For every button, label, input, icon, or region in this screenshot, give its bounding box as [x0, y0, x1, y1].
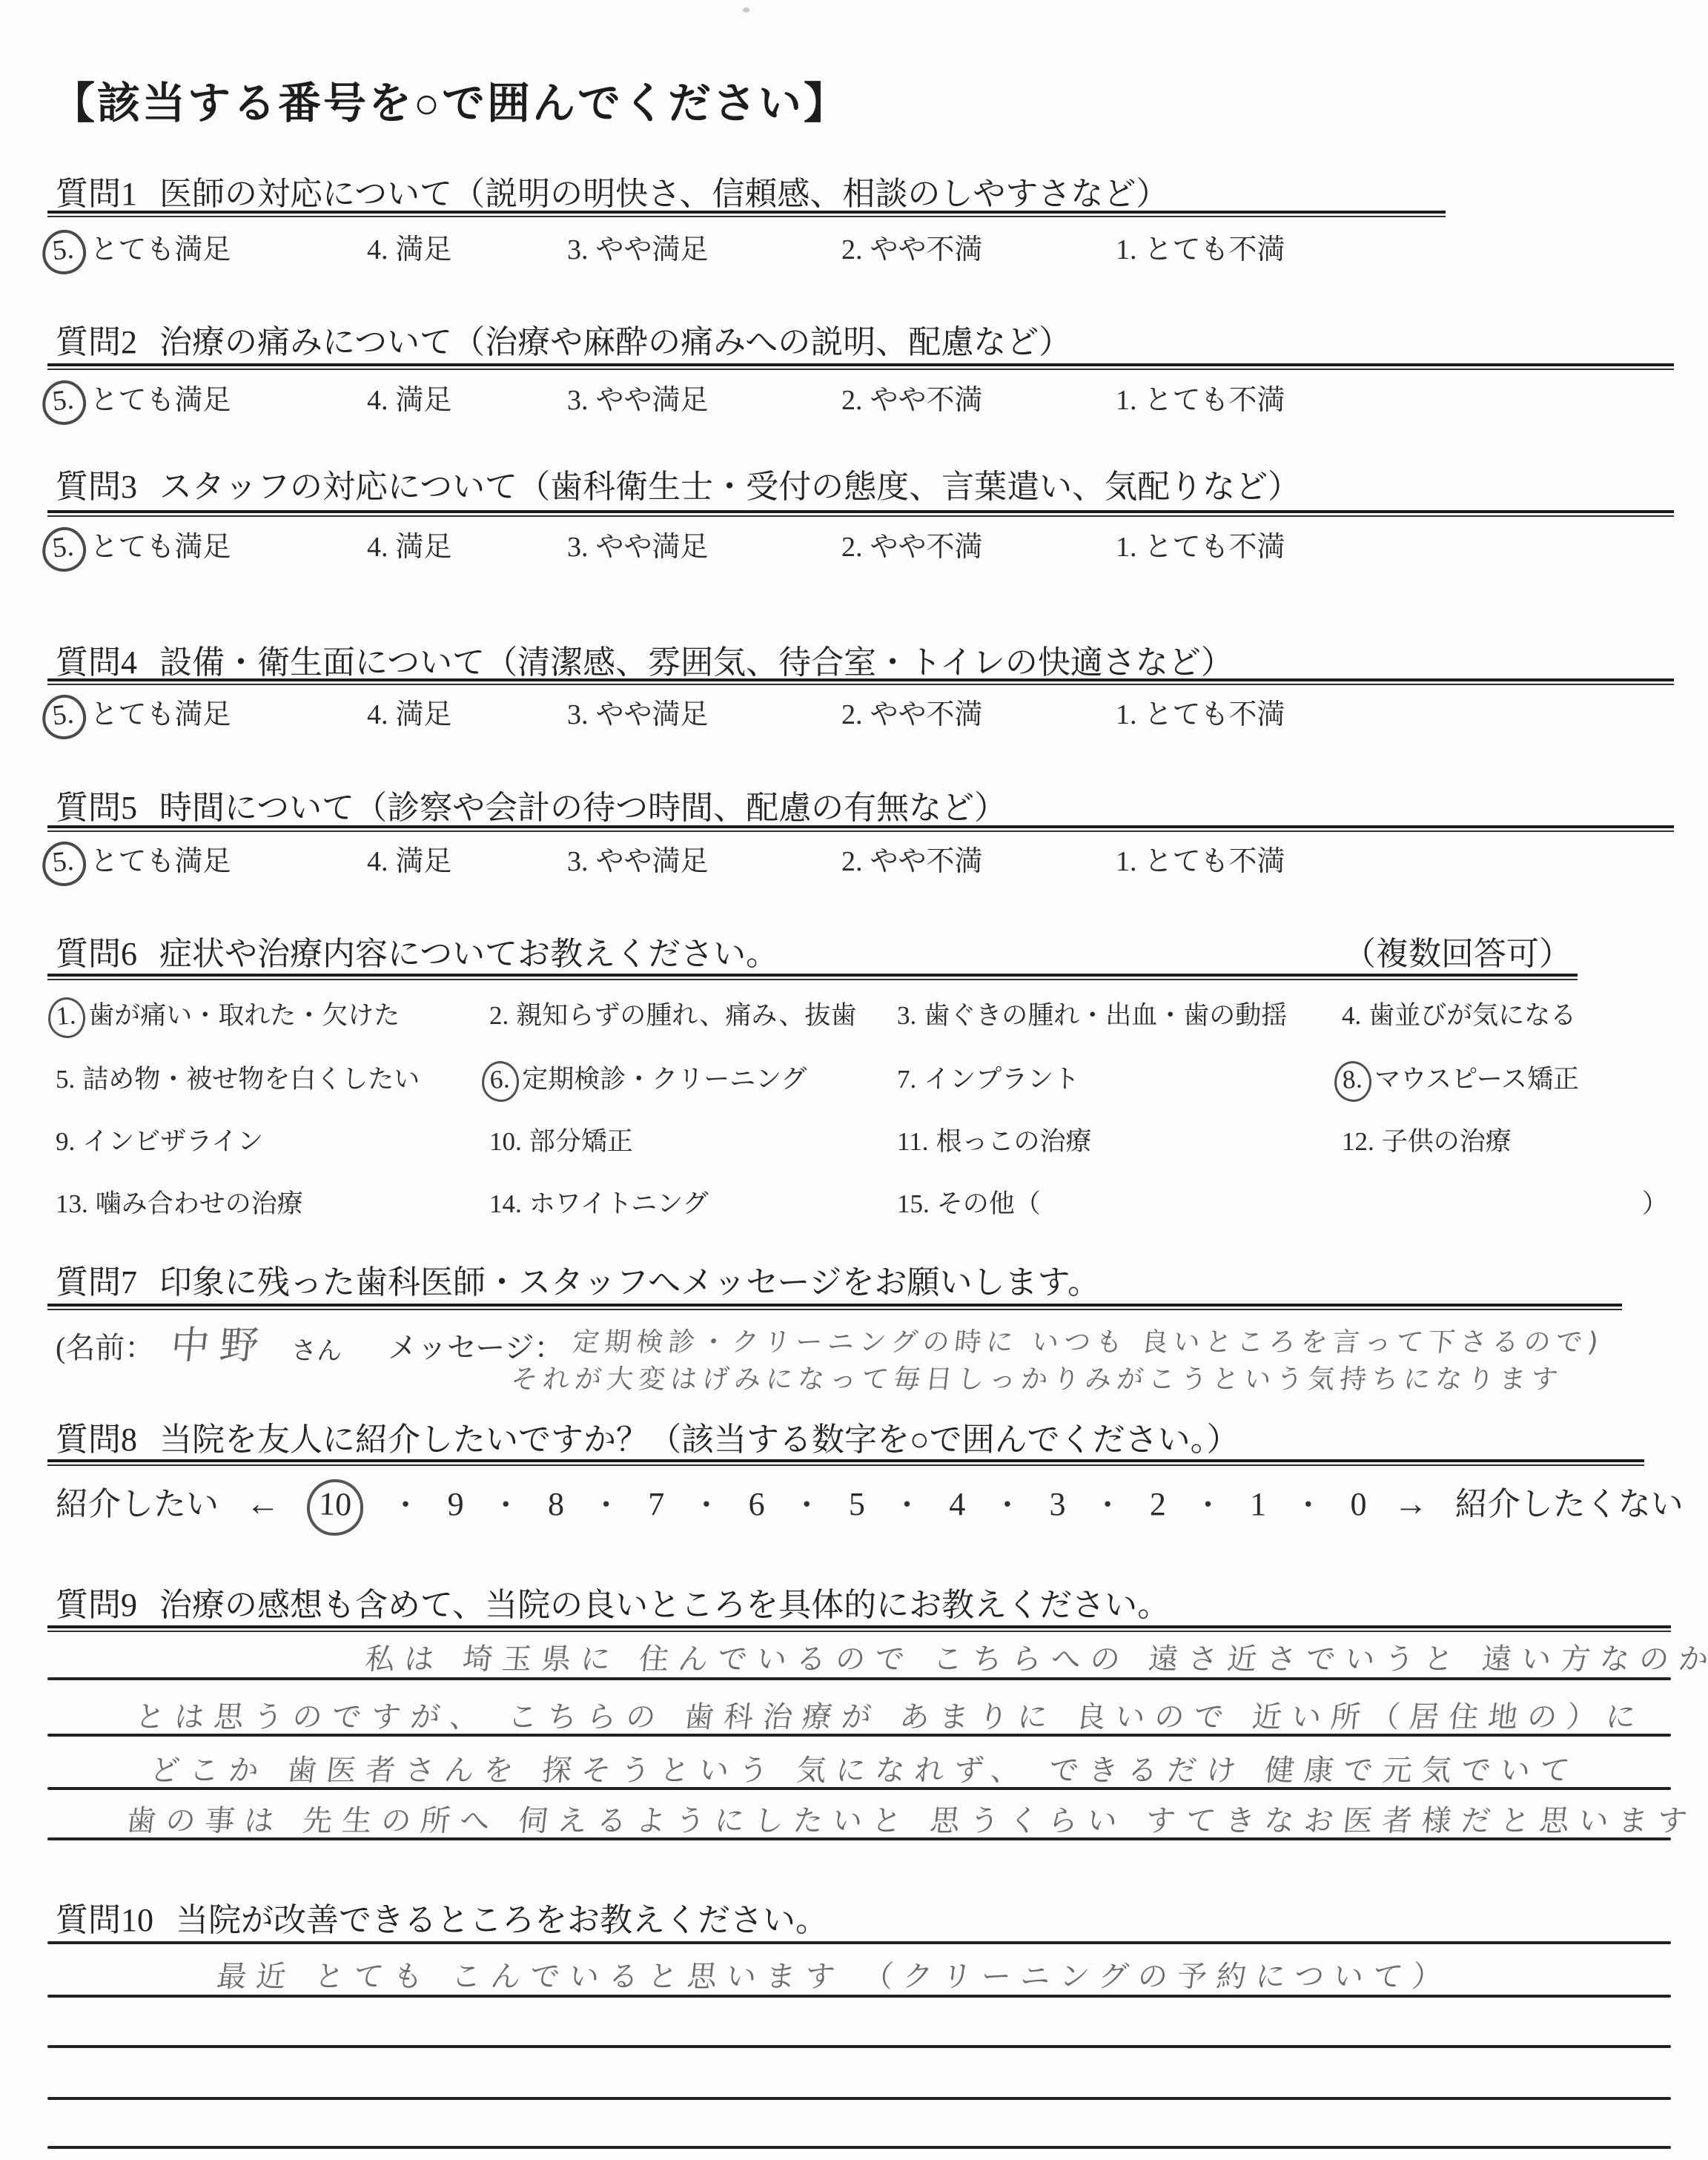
- item-number: 13.: [56, 1189, 88, 1218]
- option-label: とても満足: [90, 532, 231, 563]
- other-close-paren: ）: [1642, 1183, 1668, 1221]
- question-1-number: 質問1: [56, 176, 137, 212]
- rating-option-3: 3.やや満足: [567, 691, 709, 732]
- rating-option-3: 3.やや満足: [567, 226, 709, 267]
- rule-line: [47, 363, 1674, 370]
- item-label: その他（: [937, 1189, 1041, 1218]
- rule-line: [47, 974, 1578, 980]
- option-label: とても不満: [1145, 699, 1285, 730]
- handwritten-answer-line: 歯の事は 先生の所へ 伺えるようにしたいと 思うくらい すてきなお医者様だと思い…: [125, 1797, 1699, 1840]
- option-number: 4.: [367, 846, 388, 877]
- question-2-header: 質問2治療の痛みについて（治療や麻酔の痛みへの説明、配慮など）: [56, 315, 1071, 363]
- honorific-label: さん: [291, 1330, 342, 1367]
- question-3-title: スタッフの対応について（歯科衛生士・受付の態度、言葉遣い、気配りなど）: [159, 469, 1300, 505]
- rating-option-4: 4.満足: [367, 377, 452, 417]
- rating-option-2: 2.やや不満: [841, 524, 983, 564]
- option-label: とても満足: [90, 699, 231, 730]
- writing-line: [47, 1837, 1671, 1840]
- symptom-item-12: 12.子供の治療: [1342, 1121, 1512, 1158]
- option-number: 2.: [841, 699, 863, 730]
- writing-line: [47, 1677, 1671, 1680]
- rule-line: [47, 211, 1446, 217]
- question-5-title: 時間について（診察や会計の待つ時間、配慮の有無など）: [159, 790, 1007, 826]
- option-number: 4.: [367, 532, 388, 563]
- circled-answer-mark: 10: [306, 1479, 365, 1537]
- symptom-item-3: 3.歯ぐきの腫れ・出血・歯の動揺: [897, 995, 1287, 1032]
- rating-option-1: 1.とても不満: [1116, 838, 1285, 879]
- rule-line: [47, 1625, 1671, 1632]
- scale-number-3: 3: [1050, 1485, 1066, 1523]
- option-label: やや満足: [596, 385, 709, 416]
- question-9-title: 治療の感想も含めて、当院の良いところを具体的にお教えください。: [159, 1587, 1170, 1623]
- left-arrow-icon: ←: [246, 1484, 280, 1523]
- rating-option-5: 5.とても満足: [51, 377, 231, 417]
- question-3-options: 5.とても満足 4.満足 3.やや満足 2.やや不満 1.とても不満: [56, 524, 1687, 598]
- rating-option-1: 1.とても不満: [1116, 377, 1285, 417]
- question-10-title: 当院が改善できるところをお教えください。: [176, 1902, 828, 1938]
- symptom-item-8: 8.マウスピース矯正: [1342, 1059, 1579, 1096]
- question-8-number: 質問8: [56, 1421, 137, 1458]
- rating-option-4: 4.満足: [367, 838, 452, 879]
- writing-line: [47, 2045, 1671, 2048]
- multiple-answers-note: （複数回答可）: [1343, 927, 1572, 974]
- option-number: 2.: [841, 532, 863, 563]
- question-5-header: 質問5時間について（診察や会計の待つ時間、配慮の有無など）: [56, 781, 1007, 828]
- option-number: 3.: [567, 699, 589, 730]
- writing-line: [47, 1941, 1671, 1944]
- question-4-number: 質問4: [56, 644, 137, 681]
- question-5-number: 質問5: [56, 790, 137, 826]
- rating-option-2: 2.やや不満: [841, 691, 983, 732]
- option-label: やや満足: [596, 846, 709, 877]
- rating-option-4: 4.満足: [367, 226, 452, 267]
- writing-line: [47, 1995, 1671, 1998]
- symptom-item-5: 5.詰め物・被せ物を白くしたい: [56, 1059, 420, 1096]
- circled-answer-mark: 6.: [480, 1060, 520, 1103]
- scale-left-label: 紹介したい: [56, 1477, 219, 1525]
- item-label: ホワイトニング: [529, 1189, 709, 1218]
- handwritten-name: 中野: [168, 1314, 272, 1370]
- symptom-item-10: 10.部分矯正: [489, 1121, 633, 1158]
- option-label: とても不満: [1145, 846, 1285, 877]
- option-label: 満足: [396, 699, 452, 730]
- item-number: 5.: [56, 1065, 75, 1094]
- rule-line: [47, 1304, 1622, 1310]
- handwritten-answer-line: とは思うのですが、 こちらの 歯科治療が あまりに 良いので 近い所（居住地の）…: [133, 1694, 1648, 1736]
- symptom-item-11: 11.根っこの治療: [897, 1121, 1091, 1158]
- item-number: 3.: [897, 1001, 916, 1030]
- rating-option-4: 4.満足: [367, 691, 452, 732]
- scale-number-7: 7: [648, 1485, 664, 1523]
- question-2-title: 治療の痛みについて（治療や麻酔の痛みへの説明、配慮など）: [159, 324, 1071, 360]
- writing-line: [47, 2097, 1671, 2100]
- rating-option-5: 5.とても満足: [51, 226, 231, 267]
- question-9-number: 質問9: [56, 1587, 137, 1623]
- circled-answer-mark: 1.: [47, 996, 87, 1039]
- option-number: 4.: [367, 234, 388, 265]
- option-number: 4.: [367, 385, 388, 416]
- rating-option-3: 3.やや満足: [567, 377, 709, 417]
- scale-dot: ・: [1193, 1482, 1222, 1524]
- recommend-scale: 紹介したい ← 10 ・ 9 ・ 8 ・ 7 ・ 6 ・ 5 ・ 4 ・ 3 ・…: [56, 1477, 1684, 1525]
- option-number: 1.: [1116, 846, 1137, 877]
- scale-dot: ・: [1294, 1482, 1323, 1524]
- option-label: やや満足: [596, 532, 709, 563]
- option-number: 2.: [841, 385, 863, 416]
- scale-number-1: 1: [1250, 1485, 1266, 1523]
- symptom-item-4: 4.歯並びが気になる: [1342, 995, 1576, 1032]
- item-number: 9.: [56, 1127, 75, 1156]
- scale-number-9: 9: [448, 1485, 464, 1523]
- option-number: 4.: [367, 699, 388, 730]
- item-number: 15.: [897, 1189, 930, 1218]
- option-label: やや不満: [870, 234, 983, 265]
- handwritten-answer-line: 最近 とても こんでいると思います （クリーニングの予約について）: [215, 1953, 1454, 1995]
- item-label: インビザライン: [82, 1127, 263, 1156]
- rating-option-1: 1.とても不満: [1116, 226, 1285, 267]
- scale-number-2: 2: [1150, 1485, 1166, 1523]
- form-title: 【該当する番号を○で囲んでください】: [52, 68, 849, 131]
- item-label: 部分矯正: [529, 1127, 633, 1156]
- question-3-number: 質問3: [56, 469, 137, 505]
- handwritten-message-line-1: 定期検診・クリーニングの時に いつも 良いところを言って下さるので): [571, 1321, 1606, 1359]
- item-number: 11.: [897, 1127, 928, 1156]
- option-label: 満足: [396, 846, 452, 877]
- rating-option-2: 2.やや不満: [841, 838, 983, 879]
- question-6-row-3: 9.インビザライン 10.部分矯正 11.根っこの治療 12.子供の治療: [56, 1121, 1672, 1185]
- question-6-title: 症状や治療内容についてお教えください。: [159, 936, 778, 972]
- rule-line: [47, 678, 1674, 685]
- scale-dot: ・: [792, 1482, 821, 1524]
- item-label: 根っこの治療: [936, 1127, 1091, 1156]
- question-7-title: 印象に残った歯科医師・スタッフへメッセージをお願いします。: [159, 1264, 1100, 1301]
- option-number: 5.: [51, 845, 76, 879]
- option-label: とても満足: [90, 846, 231, 877]
- question-5-options: 5.とても満足 4.満足 3.やや満足 2.やや不満 1.とても不満: [56, 838, 1687, 912]
- symptom-item-1: 1.歯が痛い・取れた・欠けた: [56, 995, 400, 1032]
- scale-dot: ・: [391, 1482, 420, 1524]
- question-4-options: 5.とても満足 4.満足 3.やや満足 2.やや不満 1.とても不満: [56, 691, 1687, 765]
- item-label: 歯が痛い・取れた・欠けた: [88, 1001, 400, 1030]
- option-number: 5.: [51, 698, 76, 732]
- scale-right-label: 紹介したくない: [1455, 1477, 1684, 1525]
- symptom-item-15: 15.その他（: [897, 1183, 1041, 1221]
- option-label: とても不満: [1145, 385, 1285, 416]
- rating-option-4: 4.満足: [367, 524, 452, 564]
- question-6-row-4: 13.噛み合わせの治療 14.ホワイトニング 15.その他（ ）: [56, 1183, 1672, 1247]
- scale-number-8: 8: [548, 1485, 564, 1523]
- symptom-item-13: 13.噛み合わせの治療: [56, 1183, 303, 1221]
- scale-number-5: 5: [849, 1485, 865, 1523]
- question-6-row-1: 1.歯が痛い・取れた・欠けた 2.親知らずの腫れ、痛み、抜歯 3.歯ぐきの腫れ・…: [56, 995, 1672, 1059]
- item-number: 10.: [489, 1127, 522, 1156]
- scale-number-6: 6: [749, 1485, 765, 1523]
- option-number: 1.: [1116, 234, 1137, 265]
- option-label: やや満足: [596, 234, 709, 265]
- question-2-number: 質問2: [56, 324, 137, 360]
- question-4-header: 質問4設備・衛生面について（清潔感、雰囲気、待合室・トイレの快適さなど）: [56, 635, 1234, 683]
- item-number: 1.: [55, 1000, 76, 1031]
- writing-line: [47, 2146, 1671, 2149]
- survey-page: 【該当する番号を○で囲んでください】 質問1医師の対応について（説明の明快さ、信…: [0, 0, 1708, 2160]
- scale-dot: ・: [491, 1482, 520, 1524]
- rating-option-5: 5.とても満足: [51, 838, 231, 879]
- option-label: やや満足: [596, 699, 709, 730]
- rating-option-3: 3.やや満足: [567, 838, 709, 879]
- name-label: (名前：: [56, 1324, 154, 1367]
- symptom-item-2: 2.親知らずの腫れ、痛み、抜歯: [489, 995, 856, 1032]
- question-7-header: 質問7印象に残った歯科医師・スタッフへメッセージをお願いします。: [56, 1255, 1100, 1303]
- item-label: 歯ぐきの腫れ・出血・歯の動揺: [924, 1001, 1287, 1030]
- circled-answer-mark: 5.: [40, 525, 87, 574]
- option-label: 満足: [396, 532, 452, 563]
- option-label: 満足: [396, 385, 452, 416]
- item-number: 14.: [489, 1189, 522, 1218]
- question-10-header: 質問10当院が改善できるところをお教えください。: [56, 1893, 828, 1941]
- scale-number-0: 0: [1350, 1485, 1366, 1523]
- option-label: やや不満: [870, 699, 983, 730]
- item-label: マウスピース矯正: [1374, 1065, 1579, 1094]
- scale-dot: ・: [1093, 1482, 1122, 1524]
- handwritten-answer-line: どこか 歯医者さんを 探そうという 気になれず、 できるだけ 健康で元気でいて: [148, 1747, 1581, 1789]
- option-number: 5.: [51, 384, 76, 417]
- option-number: 1.: [1116, 532, 1137, 563]
- circled-answer-mark: 5.: [40, 839, 87, 888]
- symptom-item-6: 6.定期検診・クリーニング: [489, 1059, 807, 1096]
- question-10-number: 質問10: [56, 1902, 153, 1938]
- rating-option-1: 1.とても不満: [1116, 691, 1285, 732]
- question-6-header: 質問6症状や治療内容についてお教えください。: [56, 927, 778, 974]
- question-9-header: 質問9治療の感想も含めて、当院の良いところを具体的にお教えください。: [56, 1578, 1170, 1625]
- option-label: やや不満: [870, 846, 983, 877]
- right-arrow-icon: →: [1394, 1484, 1428, 1523]
- rule-line: [47, 825, 1674, 832]
- question-3-header: 質問3スタッフの対応について（歯科衛生士・受付の態度、言葉遣い、気配りなど）: [56, 460, 1300, 507]
- circled-answer-mark: 5.: [40, 693, 87, 742]
- option-number: 3.: [567, 385, 589, 416]
- item-label: 噛み合わせの治療: [96, 1189, 303, 1218]
- option-number: 3.: [567, 532, 589, 563]
- rating-option-5: 5.とても満足: [51, 691, 231, 732]
- item-label: 親知らずの腫れ、痛み、抜歯: [516, 1001, 856, 1030]
- question-7-number: 質問7: [56, 1264, 137, 1301]
- item-number: 8.: [1341, 1064, 1363, 1094]
- option-number: 5.: [51, 234, 76, 267]
- rating-option-5: 5.とても満足: [51, 524, 231, 564]
- rule-line: [47, 510, 1674, 517]
- symptom-item-7: 7.インプラント: [897, 1059, 1079, 1096]
- option-number: 1.: [1116, 385, 1137, 416]
- option-number: 3.: [567, 846, 589, 877]
- rating-option-2: 2.やや不満: [841, 226, 983, 267]
- question-1-options: 5.とても満足 4.満足 3.やや満足 2.やや不満 1.とても不満: [56, 226, 1687, 300]
- circled-answer-mark: 8.: [1333, 1060, 1373, 1103]
- symptom-item-9: 9.インビザライン: [56, 1121, 263, 1158]
- item-label: 歯並びが気になる: [1368, 1001, 1576, 1030]
- handwritten-message-line-2: それが大変はげみになって毎日しっかりみがこうという気持ちになります: [509, 1358, 1565, 1396]
- item-number: 2.: [489, 1001, 509, 1030]
- question-8-header: 質問8当院を友人に紹介したいですか？（該当する数字を○で囲んでください。）: [56, 1413, 1239, 1460]
- question-2-options: 5.とても満足 4.満足 3.やや満足 2.やや不満 1.とても不満: [56, 377, 1687, 451]
- scale-dot: ・: [692, 1482, 721, 1524]
- option-label: とても不満: [1145, 234, 1285, 265]
- option-number: 3.: [567, 234, 589, 265]
- scale-number-10: 10: [319, 1485, 353, 1523]
- option-label: やや不満: [870, 532, 983, 563]
- scale-dot: ・: [592, 1482, 621, 1524]
- rule-line: [47, 1459, 1644, 1466]
- question-6-row-2: 5.詰め物・被せ物を白くしたい 6.定期検診・クリーニング 7.インプラント 8…: [56, 1059, 1672, 1123]
- item-number: 4.: [1342, 1001, 1361, 1030]
- scan-speck: [743, 7, 749, 13]
- rating-option-2: 2.やや不満: [841, 377, 983, 417]
- symptom-item-14: 14.ホワイトニング: [489, 1183, 709, 1221]
- question-8-title: 当院を友人に紹介したいですか？（該当する数字を○で囲んでください。）: [159, 1421, 1239, 1458]
- rating-option-3: 3.やや満足: [567, 524, 709, 564]
- option-label: とても満足: [90, 234, 231, 265]
- question-1-header: 質問1医師の対応について（説明の明快さ、信頼感、相談のしやすさなど）: [56, 167, 1168, 214]
- option-number: 2.: [841, 846, 863, 877]
- option-number: 1.: [1116, 699, 1137, 730]
- option-label: とても満足: [90, 385, 231, 416]
- question-1-title: 医師の対応について（説明の明快さ、信頼感、相談のしやすさなど）: [159, 176, 1168, 212]
- scale-number-4: 4: [949, 1485, 965, 1523]
- item-label: インプラント: [924, 1065, 1079, 1094]
- option-number: 2.: [841, 234, 863, 265]
- option-number: 5.: [51, 531, 76, 564]
- circled-answer-mark: 5.: [40, 378, 87, 427]
- question-6-number: 質問6: [56, 936, 137, 972]
- item-number: 7.: [897, 1065, 916, 1094]
- question-4-title: 設備・衛生面について（清潔感、雰囲気、待合室・トイレの快適さなど）: [159, 644, 1234, 681]
- scale-dot: ・: [893, 1482, 922, 1524]
- writing-line: [47, 1787, 1671, 1790]
- item-number: 6.: [489, 1064, 510, 1094]
- option-label: 満足: [396, 234, 452, 265]
- item-label: 詰め物・被せ物を白くしたい: [82, 1065, 420, 1094]
- item-label: 定期検診・クリーニング: [522, 1065, 807, 1094]
- item-number: 12.: [1342, 1127, 1374, 1156]
- scale-dot: ・: [993, 1482, 1022, 1524]
- handwritten-answer-line: 私は 埼玉県に 住んでいるので こちらへの 遠さ近さでいうと 遠い方なのかな: [363, 1636, 1708, 1678]
- item-label: 子供の治療: [1382, 1127, 1512, 1156]
- circled-answer-mark: 5.: [40, 228, 87, 277]
- rating-option-1: 1.とても不満: [1116, 524, 1285, 564]
- option-label: やや不満: [870, 385, 983, 416]
- option-label: とても不満: [1145, 532, 1285, 563]
- writing-line: [47, 1734, 1671, 1737]
